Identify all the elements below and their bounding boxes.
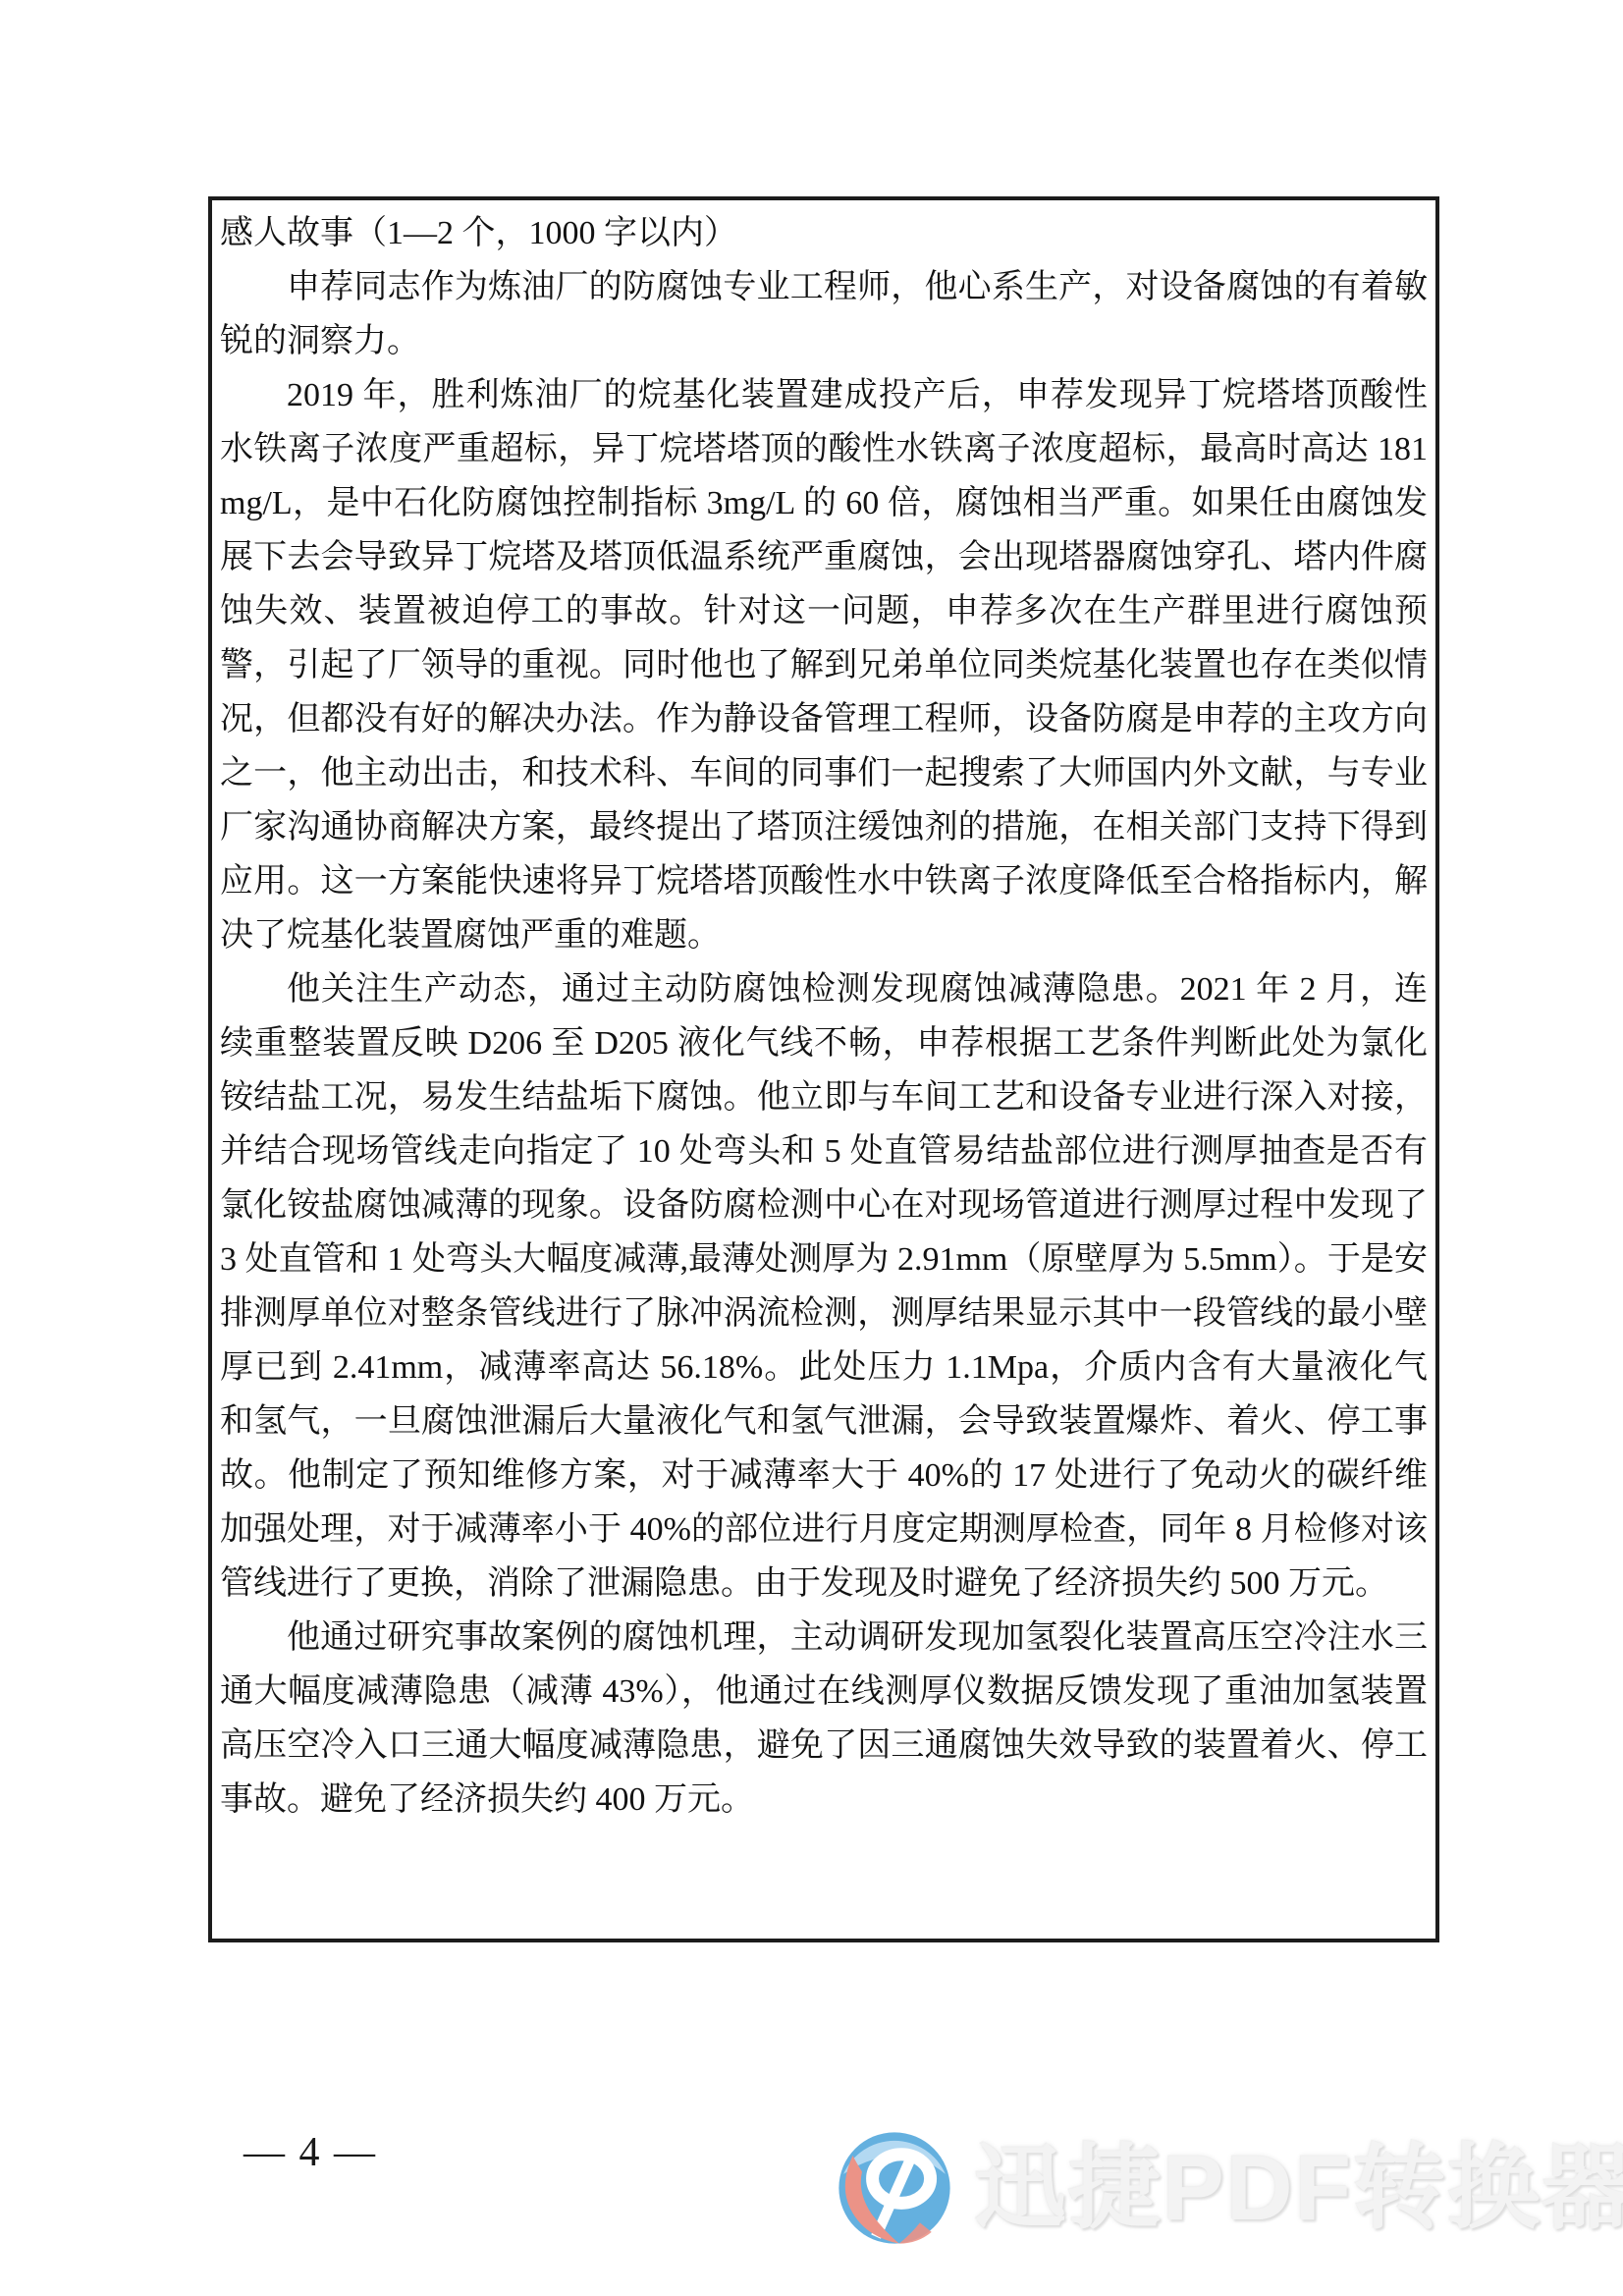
pdf-converter-logo-icon: [837, 2130, 952, 2246]
story-cell-title: 感人故事（1—2 个，1000 字以内）: [220, 206, 1428, 260]
pdf-converter-watermark: 迅捷PDF转换器: [837, 2119, 1623, 2257]
story-paragraph-alkylation: 2019 年，胜利炼油厂的烷基化装置建成投产后，申荐发现异丁烷塔塔顶酸性水铁离子…: [220, 368, 1428, 962]
story-text-block: 申荐同志作为炼油厂的防腐蚀专业工程师，他心系生产，对设备腐蚀的有着敏锐的洞察力。…: [220, 260, 1428, 1827]
story-paragraph-thinning: 他关注生产动态，通过主动防腐蚀检测发现腐蚀减薄隐患。2021 年 2 月，连续重…: [220, 962, 1428, 1611]
story-form-cell: 感人故事（1—2 个，1000 字以内） 申荐同志作为炼油厂的防腐蚀专业工程师，…: [208, 196, 1439, 1942]
document-page: 感人故事（1—2 个，1000 字以内） 申荐同志作为炼油厂的防腐蚀专业工程师，…: [0, 0, 1623, 2296]
pdf-converter-watermark-text: 迅捷PDF转换器: [974, 2130, 1623, 2246]
story-paragraph-tee: 他通过研究事故案例的腐蚀机理，主动调研发现加氢裂化装置高压空冷注水三通大幅度减薄…: [220, 1611, 1428, 1827]
story-paragraph-intro: 申荐同志作为炼油厂的防腐蚀专业工程师，他心系生产，对设备腐蚀的有着敏锐的洞察力。: [220, 260, 1428, 368]
page-number: — 4 —: [243, 2123, 377, 2182]
